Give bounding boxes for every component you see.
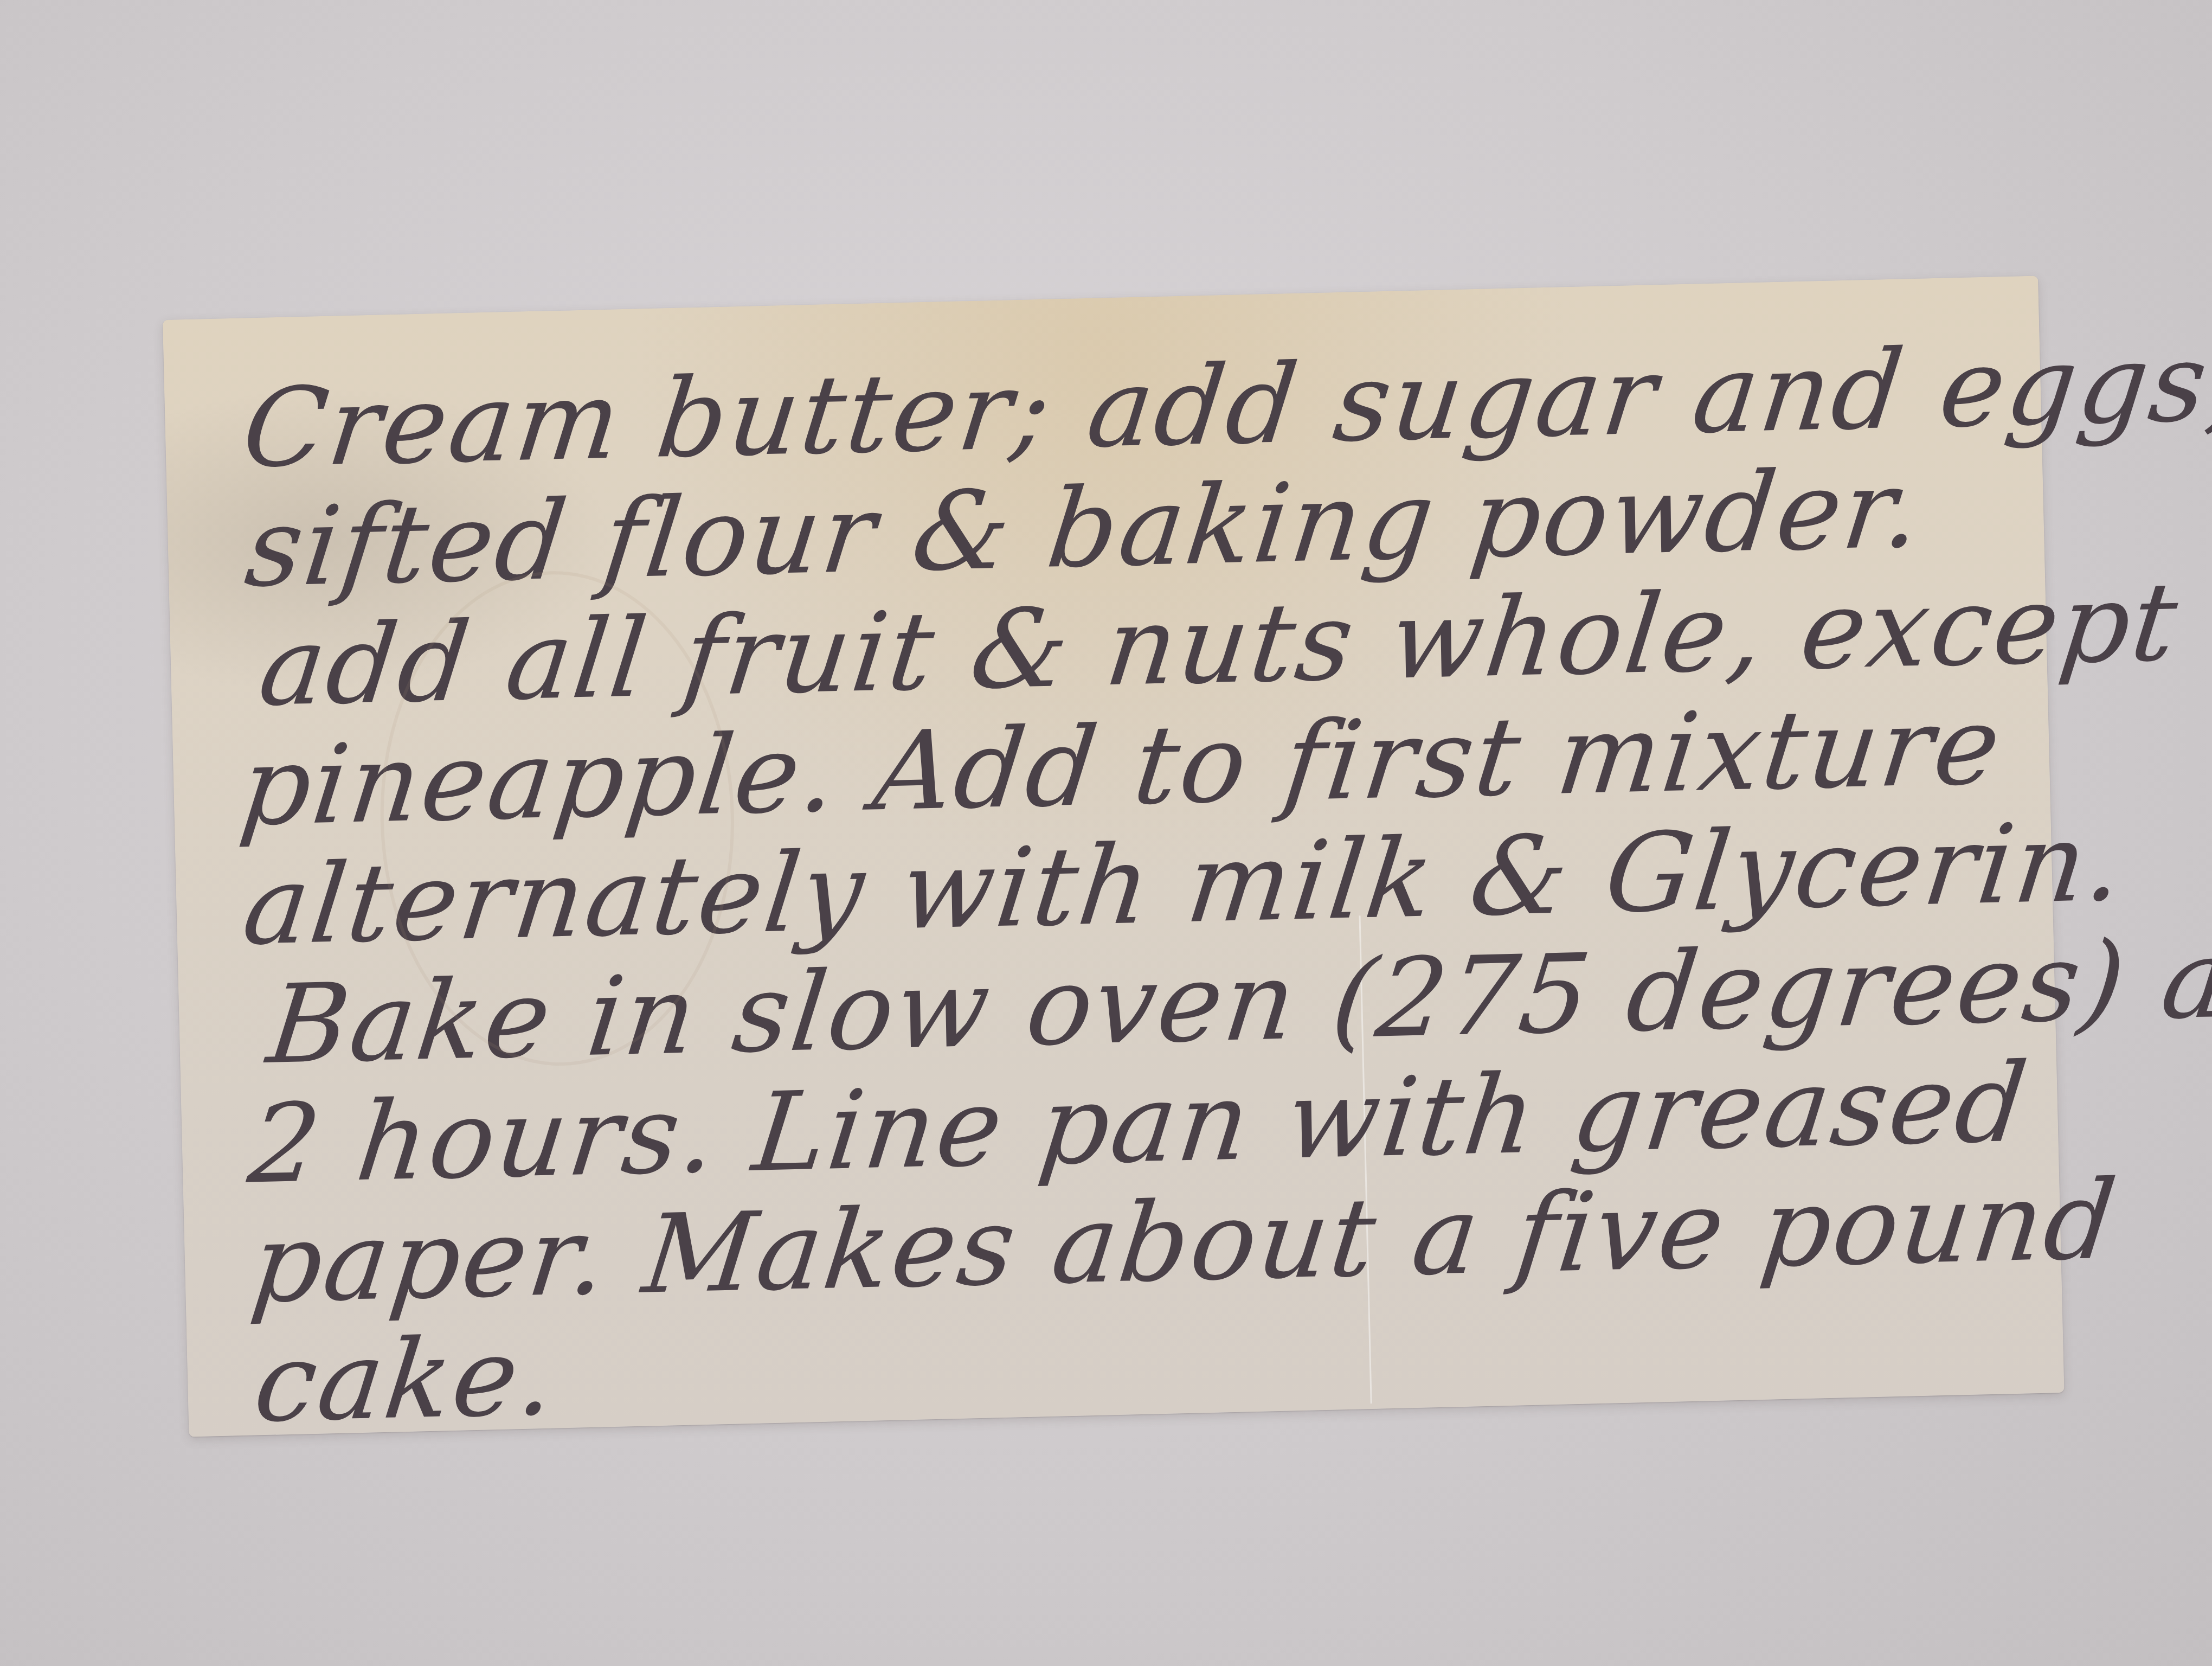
recipe-card: Cream butter; add sugar and eggs, sifted… (163, 275, 2065, 1437)
handwritten-text: Cream butter; add sugar and eggs, sifted… (223, 329, 1999, 1444)
